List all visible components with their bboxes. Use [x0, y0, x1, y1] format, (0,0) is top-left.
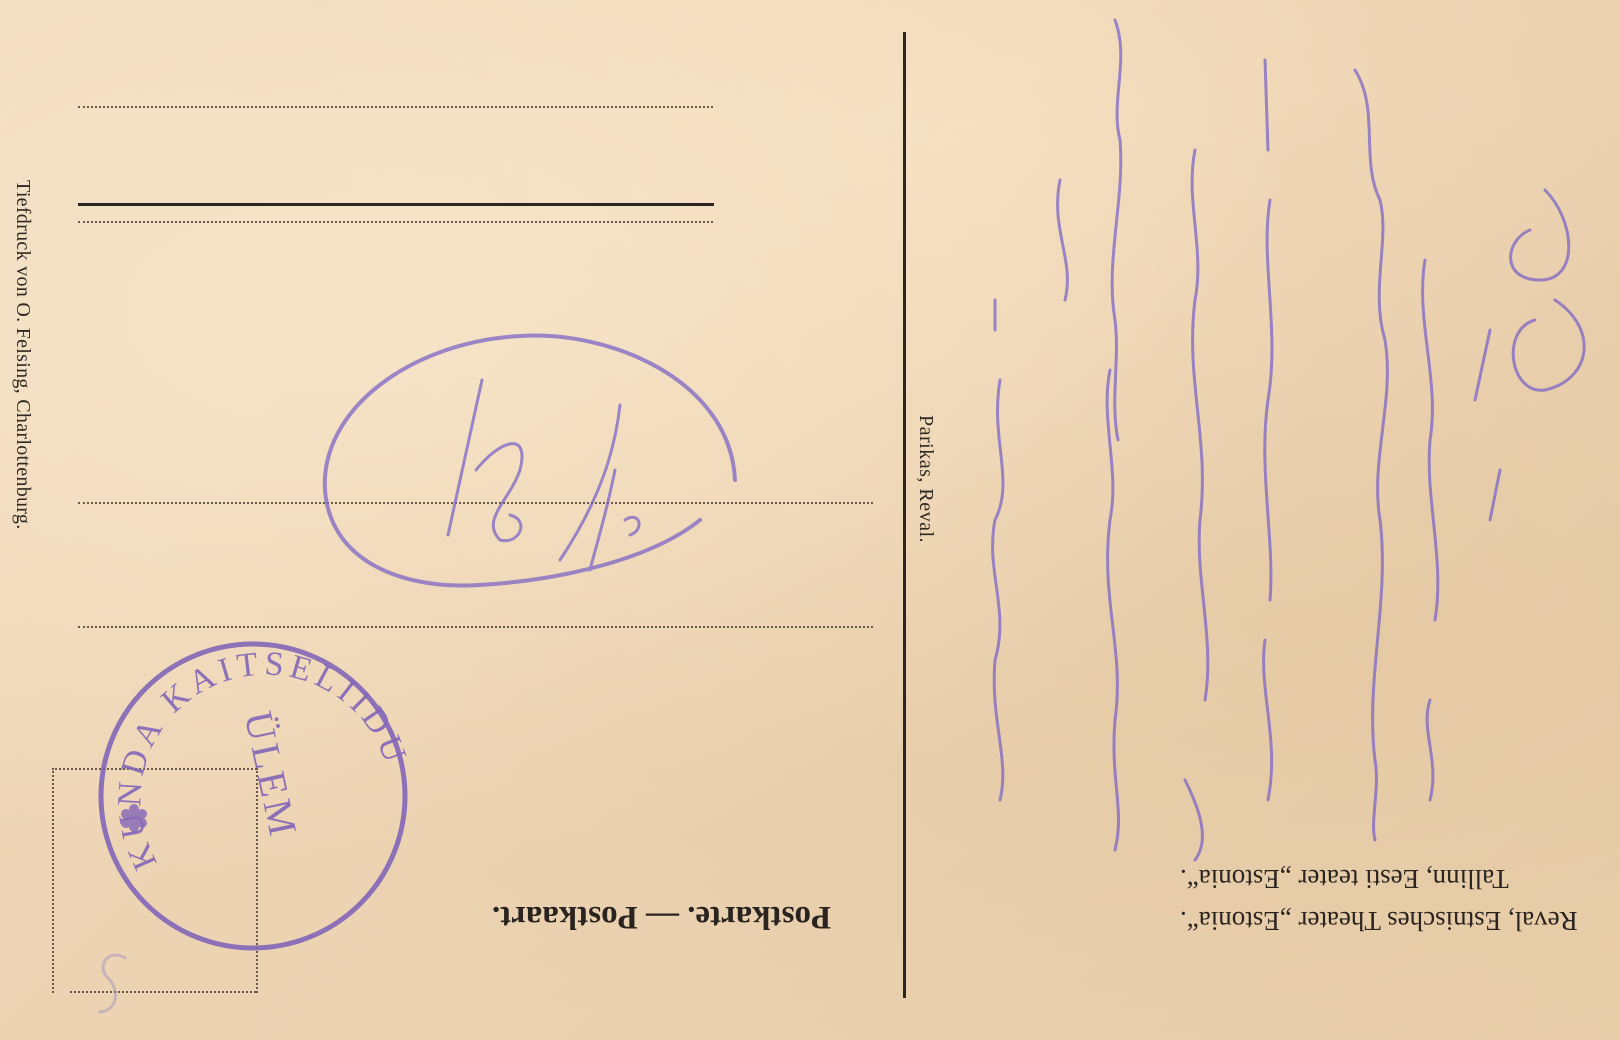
margin-mark — [100, 955, 125, 1012]
message-column-5 — [1264, 60, 1272, 800]
stamp-box-bottom — [70, 991, 256, 993]
message-column-2 — [1058, 180, 1119, 850]
message-column-8 — [1475, 190, 1584, 520]
address-line-3 — [78, 502, 873, 504]
stamp-box-left — [52, 768, 54, 993]
message-column-7 — [1423, 260, 1438, 800]
card-type-label: Postkarte. — Postkaart. — [492, 898, 831, 935]
kaitseliit-stamp: KUNDA KAITSELIIDU ÜLEM — [88, 628, 418, 958]
stamp-graphic: KUNDA KAITSELIIDU ÜLEM — [88, 628, 418, 958]
printer-credit: Tiefdruck von O. Felsing, Charlottenburg… — [6, 180, 34, 740]
message-column-6 — [1355, 70, 1387, 840]
message-column-3 — [1112, 20, 1121, 440]
caption-line-estonian: Tallinn, Eesti teater „Estonia“. — [1180, 858, 1578, 900]
caption-line-german: Reval, Estnisches Theater „Estonia“. — [1180, 900, 1578, 942]
address-line-solid — [78, 203, 714, 206]
circled-mark-scribble — [448, 380, 639, 570]
photo-caption: Reval, Estnisches Theater „Estonia“. Tal… — [1180, 858, 1578, 942]
stamp-center-text: ÜLEM — [236, 707, 307, 843]
circled-mark-oval — [325, 336, 735, 586]
center-divider — [903, 32, 906, 998]
message-column-1 — [993, 300, 1003, 800]
message-column-4 — [1185, 150, 1208, 860]
address-line-1 — [78, 106, 713, 108]
postcard: Tiefdruck von O. Felsing, Charlottenburg… — [0, 0, 1620, 1040]
address-line-2 — [78, 221, 713, 223]
publisher-credit: Parikas, Reval. — [911, 415, 937, 625]
